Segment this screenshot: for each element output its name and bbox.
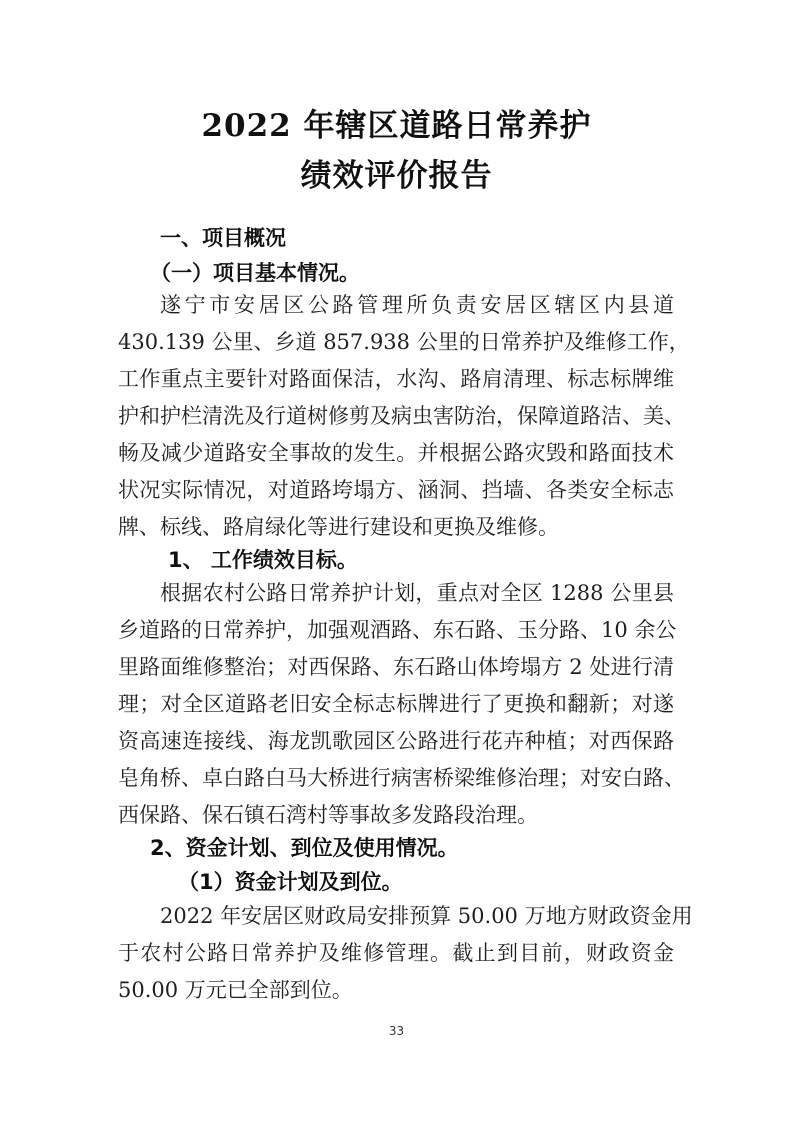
paragraph-line: 工作重点主要针对路面保洁，水沟、路肩清理、标志标牌维 [118, 365, 674, 393]
paragraph-line: 畅及减少道路安全事故的发生。并根据公路灾毁和路面技术 [118, 439, 674, 467]
document-page: 2022 年辖区道路日常养护 绩效评价报告 一、项目概况 （一）项目基本情况。 … [0, 0, 793, 1122]
paragraph-line: 皂角桥、卓白路白马大桥进行病害桥梁维修治理；对安白路、 [118, 764, 674, 792]
document-title-line2: 绩效评价报告 [0, 150, 793, 195]
paragraph-line: 牌、标线、路肩绿化等进行建设和更换及维修。 [118, 513, 674, 541]
paragraph-line: 2022 年安居区财政局安排预算 50.00 万地方财政资金用 [160, 902, 674, 930]
section-heading: 一、项目概况 [160, 224, 286, 252]
item2-sub-heading: （1）资金计划及到位。 [178, 868, 403, 896]
item1-heading: 1、 工作绩效目标。 [168, 546, 358, 574]
paragraph-line: 于农村公路日常养护及维修管理。截止到目前，财政资金 [118, 939, 674, 967]
paragraph-line: 根据农村公路日常养护计划，重点对全区 1288 公里县 [160, 579, 674, 607]
paragraph-line: 护和护栏清洗及行道树修剪及病虫害防治，保障道路洁、美、 [118, 402, 674, 430]
paragraph-line: 遂宁市安居区公路管理所负责安居区辖区内县道 [160, 291, 674, 319]
paragraph-line: 状况实际情况，对道路垮塌方、涵洞、挡墙、各类安全标志 [118, 476, 674, 504]
paragraph-line: 西保路、保石镇石湾村等事故多发路段治理。 [118, 801, 674, 829]
paragraph-line: 430.139 公里、乡道 857.938 公里的日常养护及维修工作， [118, 328, 674, 356]
paragraph-line: 里路面维修整治；对西保路、东石路山体垮塌方 2 处进行清 [118, 653, 674, 681]
subsection-heading: （一）项目基本情况。 [150, 259, 360, 287]
paragraph-line: 资高速连接线、海龙凯歌园区公路进行花卉种植；对西保路 [118, 727, 674, 755]
page-number: 33 [0, 1024, 793, 1038]
document-title-line1: 2022 年辖区道路日常养护 [0, 100, 793, 145]
paragraph-line: 50.00 万元已全部到位。 [118, 976, 674, 1004]
item2-heading: 2、资金计划、到位及使用情况。 [150, 834, 459, 862]
paragraph-line: 理；对全区道路老旧安全标志标牌进行了更换和翻新；对遂 [118, 690, 674, 718]
paragraph-line: 乡道路的日常养护，加强观酒路、东石路、玉分路、10 余公 [118, 616, 674, 644]
